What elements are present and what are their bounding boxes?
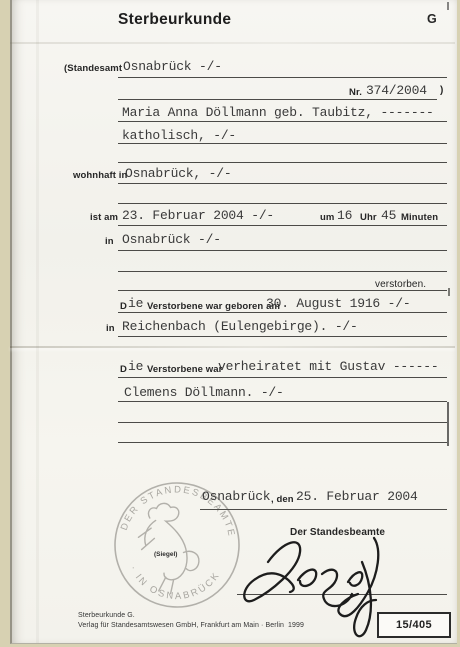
footer-form-name: Sterbeurkunde G.	[78, 612, 135, 619]
document-title: Sterbeurkunde	[118, 11, 231, 29]
form-line	[118, 401, 447, 402]
form-line	[118, 99, 437, 100]
standesamt-value: Osnabrück -/-	[123, 59, 222, 74]
scan-artifact	[447, 402, 449, 446]
siegel-label: (Siegel)	[154, 551, 177, 558]
form-line	[118, 377, 447, 378]
death-hour-value: 16	[337, 208, 352, 223]
form-line	[118, 336, 447, 337]
verstorben-label: verstorben.	[375, 279, 426, 290]
page-number: 15/405	[396, 619, 432, 631]
death-date-value: 23. Februar 2004 -/-	[122, 208, 274, 223]
um-label: um	[320, 212, 334, 223]
form-line	[200, 509, 447, 510]
page-number-box: 15/405	[377, 612, 451, 638]
footer-publisher: Verlag für Standesamtswesen GmbH, Frankf…	[78, 622, 304, 629]
form-line	[118, 183, 447, 184]
married-prefix-typed: ie	[128, 359, 143, 374]
uhr-label: Uhr	[360, 212, 377, 223]
married-value-line2: Clemens Döllmann. -/-	[124, 385, 284, 400]
form-line	[118, 422, 447, 423]
scan-artifact	[447, 2, 449, 10]
nr-value: 374/2004	[366, 83, 427, 98]
form-line	[118, 162, 447, 163]
form-line	[118, 203, 447, 204]
form-corner-letter: G	[427, 12, 437, 26]
scan-artifact	[448, 288, 450, 296]
issue-date-value: 25. Februar 2004	[296, 489, 418, 504]
form-line	[118, 143, 447, 144]
form-line	[118, 77, 447, 78]
form-line	[118, 290, 447, 291]
residence-label: wohnhaft in	[73, 170, 127, 181]
form-line	[118, 312, 447, 313]
death-place-value: Osnabrück -/-	[122, 232, 221, 247]
form-line	[118, 121, 447, 122]
form-line	[118, 225, 447, 226]
scanned-death-certificate: Sterbeurkunde G (Standesamt Osnabrück -/…	[0, 0, 460, 647]
married-value-line1: verheiratet mit Gustav ------	[218, 359, 438, 374]
married-prefix-printed: D	[120, 364, 127, 375]
death-minutes-value: 45	[381, 208, 396, 223]
born-prefix-typed: ie	[128, 296, 143, 311]
minuten-label: Minuten	[401, 212, 438, 223]
birth-place-value: Reichenbach (Eulengebirge). -/-	[122, 319, 358, 334]
deceased-name-value: Maria Anna Döllmann geb. Taubitz, ------…	[122, 105, 434, 120]
death-date-label: ist am	[90, 212, 118, 223]
issue-place-value: Osnabrück	[202, 489, 270, 504]
closing-paren: )	[440, 85, 443, 96]
form-line	[118, 442, 447, 443]
nr-label: Nr.	[349, 87, 362, 98]
religion-value: katholisch, -/-	[122, 128, 236, 143]
birth-date-value: 30. August 1916 -/-	[266, 296, 410, 311]
married-label: Verstorbene war	[147, 364, 222, 375]
death-place-label: in	[105, 236, 114, 247]
standesamt-label: (Standesamt	[64, 63, 122, 74]
den-label: , den	[271, 494, 294, 505]
born-prefix-printed: D	[120, 301, 127, 312]
born-label: Verstorbene war geboren am	[147, 301, 280, 312]
birth-place-label: in	[106, 323, 115, 334]
residence-value: Osnabrück, -/-	[125, 166, 231, 181]
paper-crease-vertical	[36, 0, 39, 643]
form-line	[118, 271, 447, 272]
form-line	[118, 250, 447, 251]
